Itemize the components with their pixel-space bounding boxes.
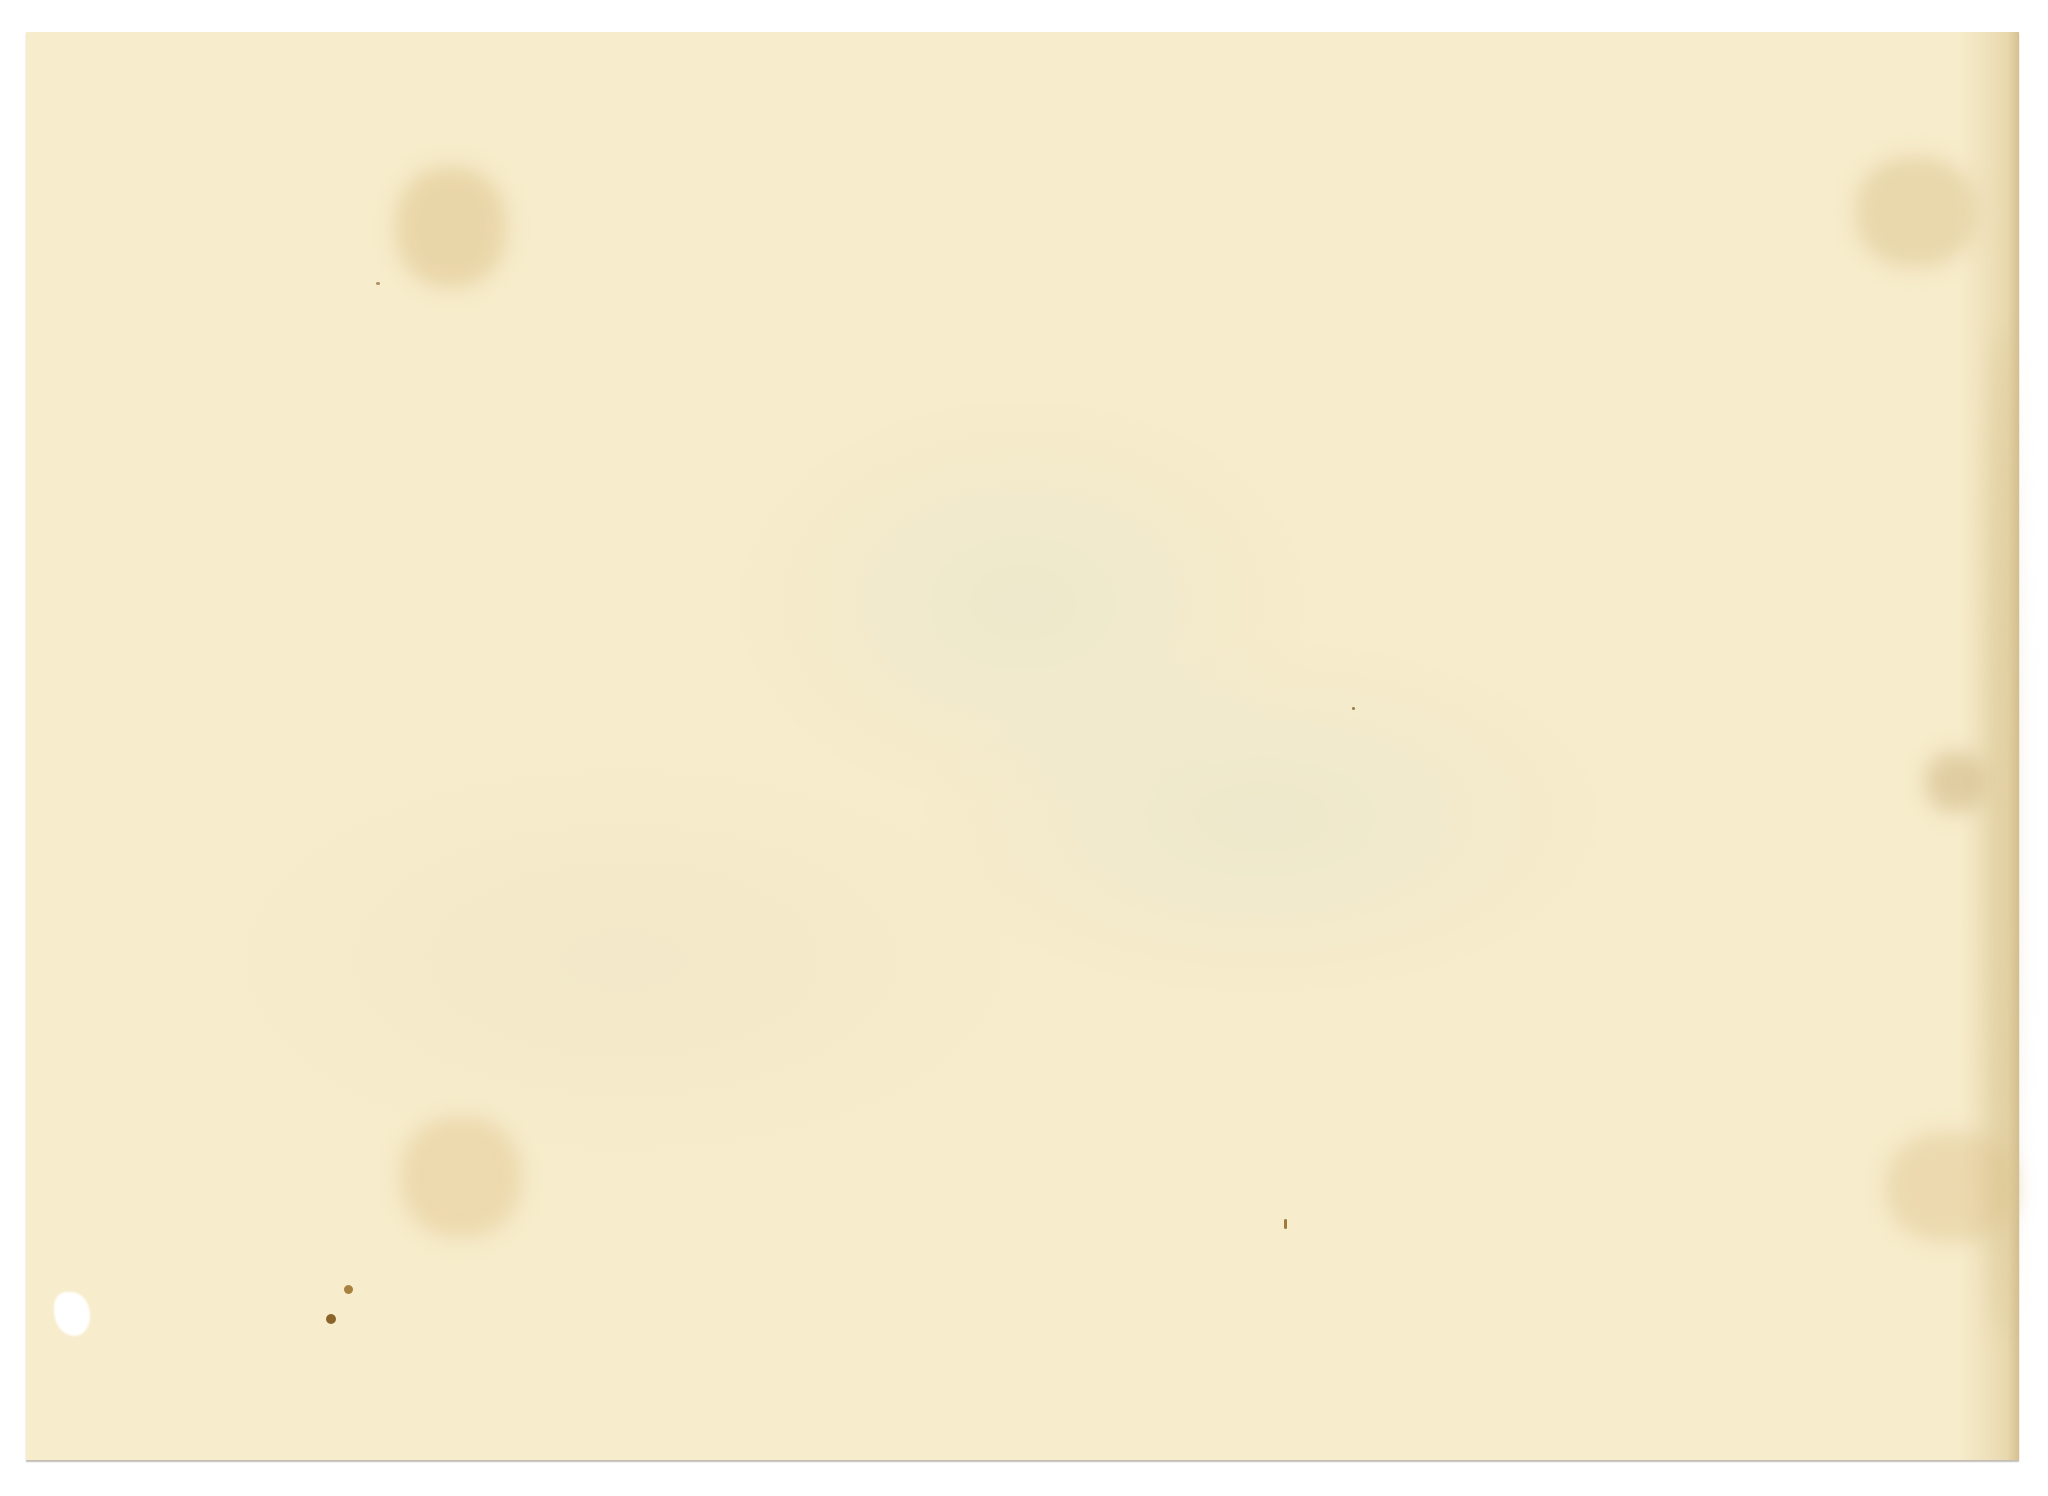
stain-top-left <box>396 167 506 287</box>
scan-background <box>0 0 2048 1496</box>
foxing-spot-1 <box>344 1285 353 1294</box>
aged-paper-sheet <box>26 32 2019 1460</box>
foxing-spot-4 <box>1352 707 1355 710</box>
stain-bottom-left <box>401 1117 521 1237</box>
stain-right-edge <box>1986 332 2016 1332</box>
foxing-spot-5 <box>376 282 380 285</box>
stain-top-right <box>1856 157 1976 267</box>
foxing-spot-2 <box>326 1314 336 1324</box>
stain-mid-right <box>1926 752 1986 812</box>
paper-tear <box>54 1292 90 1336</box>
foxing-spot-3 <box>1284 1219 1287 1229</box>
